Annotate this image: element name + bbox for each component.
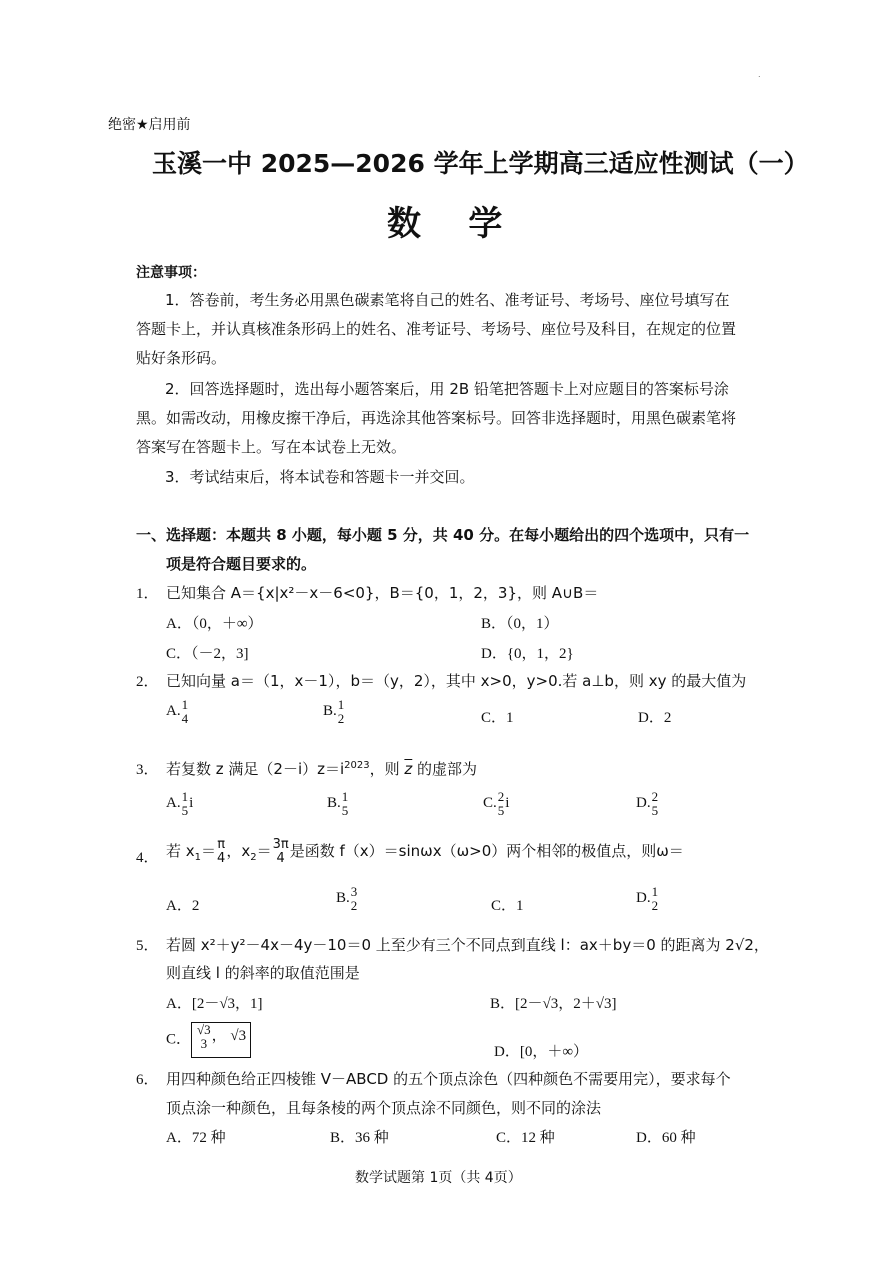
q4-option-b: B.32 <box>336 885 358 912</box>
fraction-denominator: 5 <box>181 803 190 817</box>
q4-stem-part: 若 x <box>166 842 195 860</box>
fraction-denominator: 4 <box>181 711 190 725</box>
q4-stem-part: ＝ <box>201 842 216 860</box>
fraction-numerator: 1 <box>651 885 660 898</box>
fraction-denominator: 2 <box>337 711 346 725</box>
fraction-numerator: 1 <box>337 698 346 711</box>
note-1-line-3: 贴好条形码。 <box>136 347 226 368</box>
q2-stem-prefix: 已知向量 <box>166 672 231 690</box>
fraction-denominator: 4 <box>216 851 226 865</box>
q6-number: 6． <box>136 1068 159 1089</box>
q2-option-b: B.12 <box>323 698 345 725</box>
q4-option-d: D.12 <box>636 885 659 912</box>
section-1-heading-line-1: 一、选择题：本题共 8 小题，每小题 5 分，共 40 分。在每小题给出的四个选… <box>136 524 749 545</box>
option-label: B. <box>323 703 337 719</box>
note-2-line-2: 黑。如需改动，用橡皮擦干净后，再选涂其他答案标号。回答非选择题时，用黑色碳素笔将 <box>136 407 736 428</box>
q5-stem-line-2: 则直线 l 的斜率的取值范围是 <box>166 962 360 983</box>
q3-number: 3． <box>136 758 159 779</box>
q3-option-a: A.15i <box>166 790 193 817</box>
q4-stem-part: ，x <box>226 842 250 860</box>
q2-option-c: C．1 <box>481 706 514 727</box>
q5-option-c: C．√33， √3 <box>166 1022 251 1058</box>
fraction-numerator: 1 <box>181 790 190 803</box>
q1-option-c: C．（－2，3] <box>166 642 249 663</box>
imaginary-unit: i <box>505 795 509 811</box>
q3-option-b: B.15 <box>327 790 349 817</box>
q4-stem: 若 x1＝π4，x2＝3π4是函数 f（x）＝sinωx（ω>0）两个相邻的极值… <box>166 838 684 865</box>
fraction-denominator: 2 <box>350 898 359 912</box>
note-1-line-2: 答题卡上，并认真核准条形码上的姓名、准考证号、考场号、座位号及科目，在规定的位置 <box>136 318 736 339</box>
fraction-denominator: 4 <box>272 851 290 865</box>
note-3: 3．考试结束后，将本试卷和答题卡一并交回。 <box>165 466 475 487</box>
corner-dot: . <box>758 70 761 79</box>
q1-option-a: A．（0，＋∞） <box>166 612 263 633</box>
fraction-numerator: 2 <box>497 790 506 803</box>
notes-heading: 注意事项： <box>136 262 206 282</box>
fraction-numerator: 1 <box>341 790 350 803</box>
fraction-numerator: 3 <box>350 885 359 898</box>
q6-stem-line-1: 用四种颜色给正四棱锥 V－ABCD 的五个顶点涂色（四种颜色不需要用完），要求每… <box>166 1068 731 1089</box>
fraction-numerator: √3 <box>196 1023 212 1036</box>
q4-stem-part: ＝ <box>257 842 272 860</box>
q4-option-c: C．1 <box>491 894 524 915</box>
fraction-denominator: 3 <box>196 1036 212 1050</box>
interval-upper: ， √3 <box>212 1028 246 1044</box>
q1-stem: 已知集合 A＝{x|x²－x－6<0}，B＝{0，1，2，3}，则 A∪B＝ <box>166 582 598 603</box>
q3-exponent: 2023 <box>344 760 369 771</box>
fraction-numerator: 3π <box>272 838 290 851</box>
q4-number: 4． <box>136 846 159 867</box>
option-label: C. <box>483 795 497 811</box>
q5-stem-line-1: 若圆 x²＋y²－4x－4y－10＝0 上至少有三个不同点到直线 l：ax＋by… <box>166 934 769 955</box>
q3-stem: 若复数 z 满足（2－i）z＝i2023，则 z 的虚部为 <box>166 758 477 779</box>
note-2-line-1: 2．回答选择题时，选出每小题答案后，用 2B 铅笔把答题卡上对应题目的答案标号涂 <box>165 378 729 399</box>
note-2-line-3: 答案写在答题卡上。写在本试卷上无效。 <box>136 436 406 457</box>
q1-option-b: B．（0，1） <box>481 612 559 633</box>
fraction-denominator: 2 <box>651 898 660 912</box>
q4-option-a: A．2 <box>166 894 199 915</box>
fraction-numerator: 1 <box>181 698 190 711</box>
q2-option-d: D．2 <box>638 706 671 727</box>
interval-bracket: √33， √3 <box>191 1022 251 1058</box>
q2-stem: 已知向量 a＝（1，x－1），b＝（y，2），其中 x>0，y>0.若 a⊥b，… <box>166 670 746 691</box>
option-label: D. <box>636 795 651 811</box>
exam-title: 玉溪一中 2025—2026 学年上学期高三适应性测试（一） <box>152 144 809 180</box>
fraction-numerator: 2 <box>651 790 660 803</box>
q5-option-b: B．[2－√3，2＋√3] <box>490 992 616 1013</box>
fraction-numerator: π <box>216 838 226 851</box>
q1-number: 1． <box>136 582 159 603</box>
page-footer: 数学试题第 1页（共 4页） <box>355 1167 522 1187</box>
q6-option-a: A．72 种 <box>166 1126 226 1147</box>
secret-label: 绝密★启用前 <box>108 114 191 134</box>
q6-option-d: D．60 种 <box>636 1126 696 1147</box>
option-label: A. <box>166 703 181 719</box>
option-label: D. <box>636 890 651 906</box>
q3-option-c: C.25i <box>483 790 509 817</box>
note-1-line-1: 1．答卷前，考生务必用黑色碳素笔将自己的姓名、准考证号、考场号、座位号填写在 <box>165 289 730 310</box>
q5-option-d: D．[0，＋∞） <box>494 1040 588 1061</box>
q1-option-d: D．{0，1，2} <box>481 642 574 663</box>
option-label: B. <box>336 890 350 906</box>
q2-stem-text: a＝（1，x－1），b＝（y，2），其中 x>0，y>0.若 a⊥b，则 xy … <box>231 672 746 690</box>
option-label: C． <box>166 1031 191 1047</box>
q6-option-b: B．36 种 <box>330 1126 389 1147</box>
fraction-denominator: 5 <box>651 803 660 817</box>
subject-title: 数 学 <box>387 196 502 245</box>
q5-number: 5． <box>136 934 159 955</box>
q5-option-a: A．[2－√3，1] <box>166 992 263 1013</box>
q3-option-d: D.25 <box>636 790 659 817</box>
fraction-denominator: 5 <box>341 803 350 817</box>
imaginary-unit: i <box>189 795 193 811</box>
fraction-denominator: 5 <box>497 803 506 817</box>
q6-stem-line-2: 顶点涂一种颜色，且每条棱的两个顶点涂不同颜色，则不同的涂法 <box>166 1097 601 1118</box>
q3-stem-part: 若复数 z 满足（2－i）z＝i <box>166 760 344 778</box>
section-1-heading-line-2: 项是符合题目要求的。 <box>166 553 316 574</box>
q2-number: 2． <box>136 670 159 691</box>
option-label: A. <box>166 795 181 811</box>
q6-option-c: C．12 种 <box>496 1126 555 1147</box>
q3-stem-part: 的虚部为 <box>412 760 477 778</box>
q2-option-a: A.14 <box>166 698 189 725</box>
option-label: B. <box>327 795 341 811</box>
q4-stem-part: 是函数 f（x）＝sinωx（ω>0）两个相邻的极值点，则ω＝ <box>290 842 684 860</box>
q3-stem-part: ，则 <box>370 760 405 778</box>
